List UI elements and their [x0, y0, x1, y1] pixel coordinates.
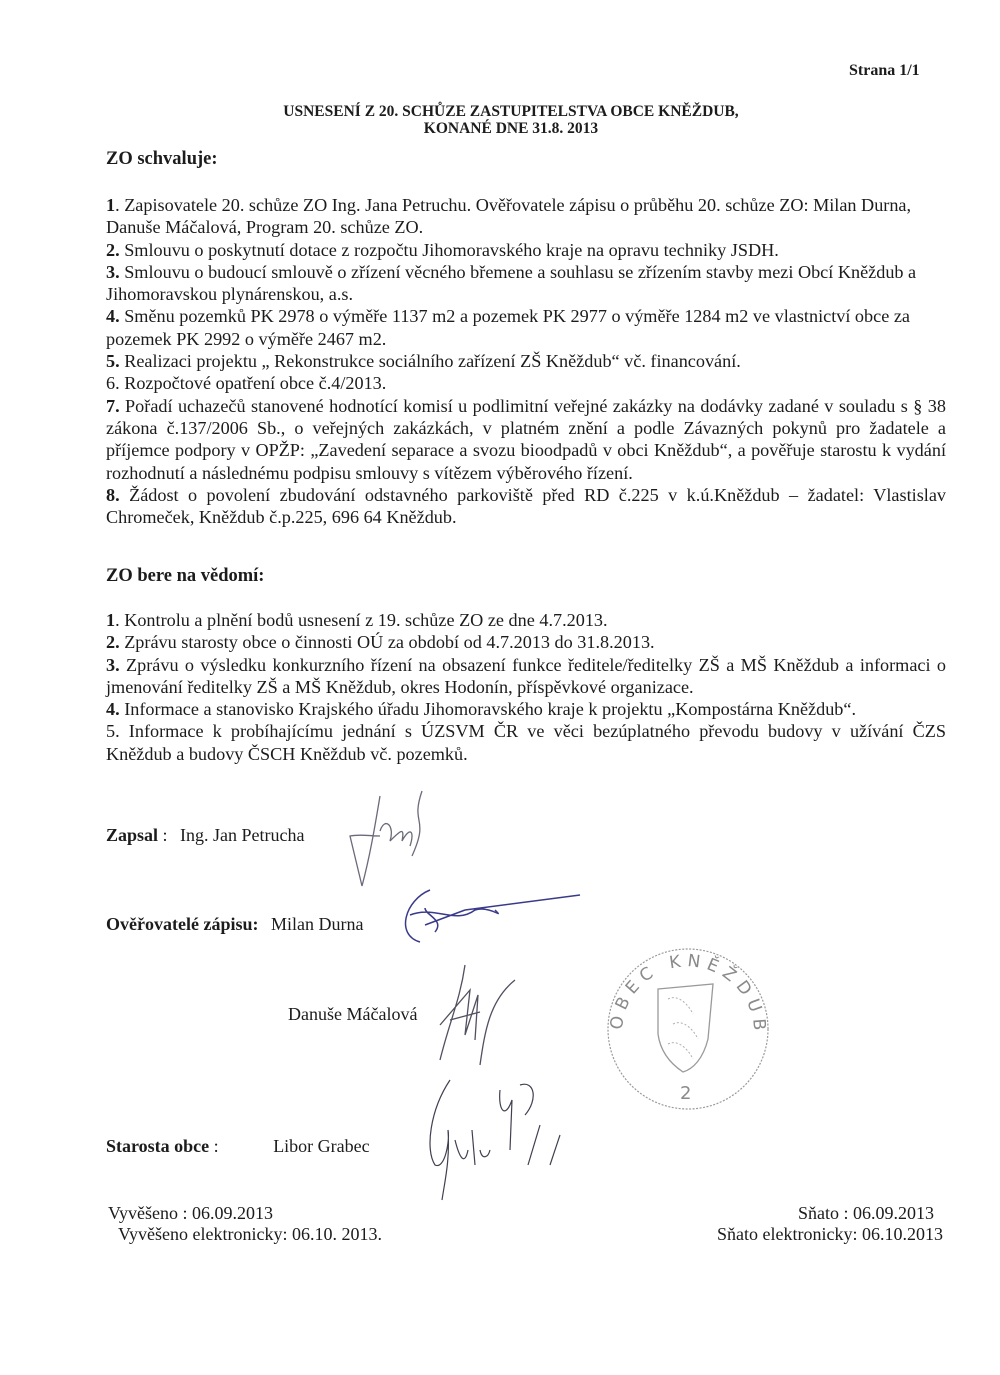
mayor-name: Libor Grabec	[273, 1136, 369, 1156]
title-line-2: KONANÉ DNE 31.8. 2013	[22, 120, 1000, 137]
document-title: USNESENÍ Z 20. SCHŮZE ZASTUPITELSTVA OBC…	[0, 103, 1000, 137]
page-indicator: Strana 1/1	[849, 62, 920, 80]
list-item: 2. Smlouvu o poskytnutí dotace z rozpočt…	[106, 239, 946, 261]
recorded-by-row: Zapsal : Ing. Jan Petrucha	[106, 825, 305, 846]
posted-date: Vyvěšeno : 06.09.2013	[108, 1203, 382, 1224]
posted-info: Vyvěšeno : 06.09.2013 Vyvěšeno elektroni…	[108, 1203, 382, 1245]
signature-verifier-2-icon	[430, 960, 530, 1070]
list-item: 4. Informace a stanovisko Krajského úřad…	[106, 698, 946, 720]
list-item: 6. Rozpočtové opatření obce č.4/2013.	[106, 372, 946, 394]
posted-electronic-date: Vyvěšeno elektronicky: 06.10. 2013.	[118, 1224, 382, 1245]
signature-verifier-1-icon	[395, 880, 585, 950]
stamp-number: 2	[680, 1083, 691, 1104]
list-item: 4. Směnu pozemků PK 2978 o výměře 1137 m…	[106, 305, 946, 350]
list-item: 5. Realizaci projektu „ Rekonstrukce soc…	[106, 350, 946, 372]
title-line-1: USNESENÍ Z 20. SCHŮZE ZASTUPITELSTVA OBC…	[22, 103, 1000, 120]
removed-info: Sňato : 06.09.2013 Sňato elektronicky: 0…	[717, 1203, 943, 1245]
approves-list: 1. Zapisovatele 20. schůze ZO Ing. Jana …	[106, 194, 946, 528]
list-item: 8. Žádost o povolení zbudování odstavnéh…	[106, 484, 946, 529]
removed-date: Sňato : 06.09.2013	[717, 1203, 934, 1224]
removed-electronic-date: Sňato elektronicky: 06.10.2013	[717, 1224, 943, 1245]
svg-text:OBEC KNĚŽDUB: OBEC KNĚŽDUB	[607, 951, 770, 1037]
recorded-by-name: Ing. Jan Petrucha	[180, 825, 304, 845]
mayor-sep: :	[209, 1136, 219, 1156]
list-item: 5. Informace k probíhajícímu jednání s Ú…	[106, 720, 946, 765]
list-item: 1. Kontrolu a plnění bodů usnesení z 19.…	[106, 609, 946, 631]
signature-mayor-icon	[420, 1070, 580, 1210]
list-item: 2. Zprávu starosty obce o činnosti OÚ za…	[106, 631, 946, 653]
municipal-stamp-icon: OBEC KNĚŽDUB 2	[598, 944, 778, 1114]
recorded-by-label: Zapsal	[106, 825, 158, 845]
verifier-2-row: Danuše Máčalová	[288, 1004, 417, 1025]
list-item: 1. Zapisovatele 20. schůze ZO Ing. Jana …	[106, 194, 946, 239]
mayor-row: Starosta obce : Libor Grabec	[106, 1136, 370, 1157]
recorded-by-sep: :	[158, 825, 168, 845]
section-heading-acknowledges: ZO bere na vědomí:	[106, 566, 264, 587]
acknowledges-list: 1. Kontrolu a plnění bodů usnesení z 19.…	[106, 609, 946, 765]
list-item: 3. Zprávu o výsledku konkurzního řízení …	[106, 654, 946, 699]
mayor-label: Starosta obce	[106, 1136, 209, 1156]
section-heading-approves: ZO schvaluje:	[106, 149, 218, 170]
verifiers-row: Ověřovatelé zápisu: Milan Durna	[106, 914, 363, 935]
verifier-1-name: Milan Durna	[271, 914, 363, 934]
list-item: 7. Pořadí uchazečů stanovené hodnotící k…	[106, 395, 946, 484]
verifier-2-name: Danuše Máčalová	[288, 1004, 417, 1024]
list-item: 3. Smlouvu o budoucí smlouvě o zřízení v…	[106, 261, 946, 306]
verifiers-label: Ověřovatelé zápisu:	[106, 914, 258, 934]
